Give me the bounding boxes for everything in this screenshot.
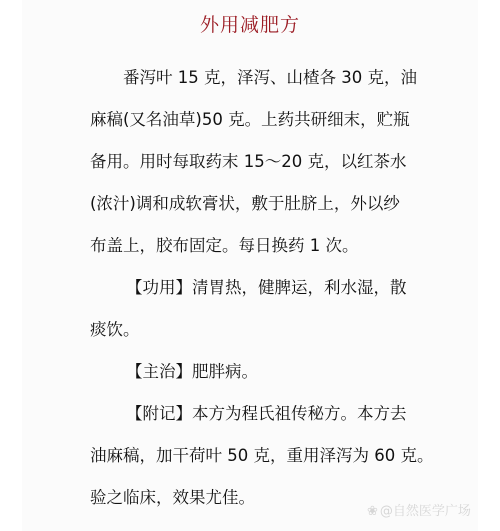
function-line-2: 痰饮。 <box>90 318 140 342</box>
paragraph-line-3: 备用。用时每取药末 15～20 克，以红茶水 <box>90 150 406 174</box>
paragraph-line-2: 麻稿(又名油草)50 克。上药共研细末，贮瓶 <box>90 108 410 132</box>
indication-line: 【主治】肥胖病。 <box>126 360 258 384</box>
document-title: 外用减肥方 <box>0 12 500 38</box>
note-line-3: 验之临床，效果尤佳。 <box>90 486 255 510</box>
function-line-1: 【功用】清胃热，健脾运，利水湿，散 <box>126 276 407 300</box>
paragraph-line-5: 布盖上，胶布固定。每日换药 1 次。 <box>90 234 359 258</box>
note-line-2: 油麻稿，加干荷叶 50 克，重用泽泻为 60 克。 <box>90 444 433 468</box>
paw-icon: ❀ <box>367 502 378 522</box>
watermark: ❀@自然医学广场 <box>367 502 471 522</box>
paragraph-line-1: 番泻叶 15 克，泽泻、山楂各 30 克，油 <box>123 66 417 90</box>
paragraph-line-4: (浓汁)调和成软膏状，敷于肚脐上，外以纱 <box>90 192 400 216</box>
note-line-1: 【附记】本方为程氏祖传秘方。本方去 <box>126 402 407 426</box>
watermark-text: @自然医学广场 <box>380 504 471 519</box>
